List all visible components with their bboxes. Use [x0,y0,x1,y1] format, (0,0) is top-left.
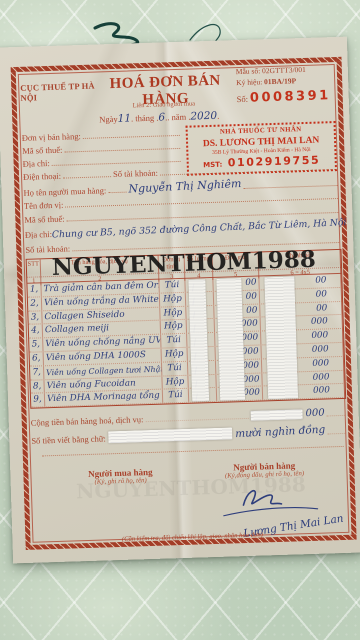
photo-of-invoice: CỤC THUẾ TP HÀ NỘI HOÁ ĐƠN BÁN HÀNG Mẫu … [0,0,360,640]
censor-strip [216,278,245,401]
invoice-content: CỤC THUẾ TP HÀ NỘI HOÁ ĐƠN BÁN HÀNG Mẫu … [20,63,351,551]
buyer-name-handwritten: Nguyễn Thị Nghiêm [128,177,241,196]
amount-words-visible: mười nghìn đồng [235,424,326,440]
invoice-paper: CỤC THUẾ TP HÀ NỘI HOÁ ĐƠN BÁN HÀNG Mẫu … [0,37,360,564]
censor-amount-words [109,427,233,443]
sum-visible-digits: 000 [305,408,324,420]
invoice-number: 0008391 [250,88,331,106]
seller-signature-block: Người bán hàng (Ký,đóng dấu, ghi rõ họ, … [186,459,344,539]
invoice-meta: Mẫu số: 02GTTT3/001 Ký hiệu: 01BA/19P Số… [236,63,337,108]
invoice-number-line: Số: 0008391 [236,85,337,108]
date-day: 11 [118,112,132,124]
tax-office: CỤC THUẾ TP HÀ NỘI [20,80,99,102]
censor-strip [264,276,298,399]
censor-sum-amount [250,409,302,421]
date-month: 6 [158,111,165,123]
date-year: 2020 [190,110,217,123]
